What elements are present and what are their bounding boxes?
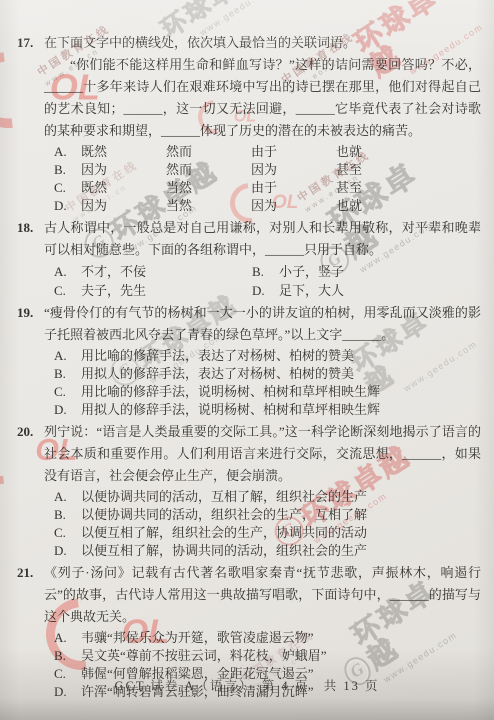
option-row-b: B.吴文英“尊前不按驻云词，料花枝，妒蛾眉” xyxy=(54,647,481,665)
question-17: 17. 在下面文字中的横线处，依次填入最恰当的关联词语。 “你们能不能这样用生命… xyxy=(17,32,481,215)
option-row-d: D.用拟人的修辞手法，说明杨树、柏树和草坪相映生辉 xyxy=(54,401,481,419)
option-text: 以便协调共同的活动，互相了解，组织社会的生产 xyxy=(81,489,367,504)
option-row-b: B.以便协调共同的活动，组织社会的生产，互相了解 xyxy=(54,506,481,524)
option-row-d: D.因为当然因为也就 xyxy=(54,197,481,215)
option-text: 韦骧“邦侯乐众为开筵，歌管凌虚遏云物” xyxy=(81,630,314,645)
option-text: 吴文英“尊前不按驻云词，料花枝，妒蛾眉” xyxy=(81,648,327,663)
page-footer: GCT 试卷 A（语言） 第 4 页 共 13 页 xyxy=(0,676,494,694)
option-text: 也就 xyxy=(336,143,421,161)
option-text: 然而 xyxy=(166,143,251,161)
question-19: 19. “瘦骨伶仃的有气节的杨树和一大一小的讲友谊的柏树，用零乱而又淡雅的影子托… xyxy=(17,302,481,419)
option-text: 用拟人的修辞手法，表达了对杨树、柏树的赞美 xyxy=(81,366,354,381)
page-footer-text: GCT 试卷 A（语言） 第 4 页 共 13 页 xyxy=(114,679,379,693)
question-18: 18. 古人称谓中，一般总是对自己用谦称，对别人和长辈用敬称，对平辈和晚辈可以相… xyxy=(17,217,481,300)
exam-content: 17. 在下面文字中的横线处，依次填入最恰当的关联词语。 “你们能不能这样用生命… xyxy=(0,0,494,703)
option-row-b: B.小子，竖子 xyxy=(252,262,481,281)
option-row-a: A.不才，不佞 xyxy=(54,262,252,281)
option-text: 以便互相了解，组织社会的生产，协调共同的活动 xyxy=(81,525,367,540)
option-label: A. xyxy=(54,143,81,161)
option-text: 不才，不佞 xyxy=(81,264,146,279)
option-text: 夫子，先生 xyxy=(81,283,146,298)
option-row-a: A.既然然而由于也就 xyxy=(54,143,481,161)
option-row-c: C.以便互相了解，组织社会的生产，协调共同的活动 xyxy=(54,524,481,542)
option-row-d: D.足下，大人 xyxy=(252,281,481,300)
option-row-b: B.用拟人的修辞手法，表达了对杨树、柏树的赞美 xyxy=(54,365,481,383)
question-number: 19. xyxy=(17,302,44,346)
question-number: 17. xyxy=(17,32,44,54)
option-row-a: A.韦骧“邦侯乐众为开筵，歌管凌虚遏云物” xyxy=(54,629,481,647)
question-paragraph: “你们能不能这样用生命和鲜血写诗？”这样的诘问需要回答吗？不必，______十多… xyxy=(44,54,481,142)
question-stem: “瘦骨伶仃的有气节的杨树和一大一小的讲友谊的柏树，用零乱而又淡雅的影子托照着被西… xyxy=(44,302,481,346)
question-stem: 在下面文字中的横线处，依次填入最恰当的关联词语。 xyxy=(44,32,481,54)
option-text: 用比喻的修辞手法，表达了对杨树、柏树的赞美 xyxy=(81,348,354,363)
option-text: 以便互相了解，协调共同的活动，组织社会的生产 xyxy=(81,543,367,558)
option-text: 用拟人的修辞手法，说明杨树、柏树和草坪相映生辉 xyxy=(81,402,380,417)
question-stem: 列宁说：“语言是人类最重要的交际工具。”这一科学论断深刻地揭示了语言的社会本质和… xyxy=(44,421,481,487)
option-row-a: A.以便协调共同的活动，互相了解，组织社会的生产 xyxy=(54,488,481,506)
question-number: 20. xyxy=(17,421,44,487)
question-number: 21. xyxy=(17,562,44,628)
option-row-c: C.夫子，先生 xyxy=(54,281,252,300)
question-stem: 古人称谓中，一般总是对自己用谦称，对别人和长辈用敬称，对平辈和晚辈可以相对随意些… xyxy=(44,217,481,261)
option-text: 足下，大人 xyxy=(279,283,344,298)
option-text: 以便协调共同的活动，组织社会的生产，互相了解 xyxy=(81,507,367,522)
option-row-d: D.以便互相了解，协调共同的活动，组织社会的生产 xyxy=(54,542,481,560)
option-text: 由于 xyxy=(251,143,336,161)
question-20: 20. 列宁说：“语言是人类最重要的交际工具。”这一科学论断深刻地揭示了语言的社… xyxy=(17,421,481,560)
option-text: 用比喻的修辞手法，说明杨树、柏树和草坪相映生辉 xyxy=(81,384,380,399)
option-row-b: B.因为然而因为甚至 xyxy=(54,161,481,179)
option-row-a: A.用比喻的修辞手法，表达了对杨树、柏树的赞美 xyxy=(54,347,481,365)
exam-page: OL OL OL OL OL 环球卓越 www.geedu.com 环球卓越 w… xyxy=(0,0,494,720)
question-stem: 《列子·汤问》记载有古代著名歌唱家秦青“抚节悲歌，声振林木，响遏行云”的故事，古… xyxy=(44,562,481,628)
option-text: 小子，竖子 xyxy=(279,264,344,279)
question-number: 18. xyxy=(17,217,44,261)
option-row-c: C.用比喻的修辞手法，说明杨树、柏树和草坪相映生辉 xyxy=(54,383,481,401)
option-text: 既然 xyxy=(81,143,166,161)
option-row-c: C.既然当然由于甚至 xyxy=(54,179,481,197)
